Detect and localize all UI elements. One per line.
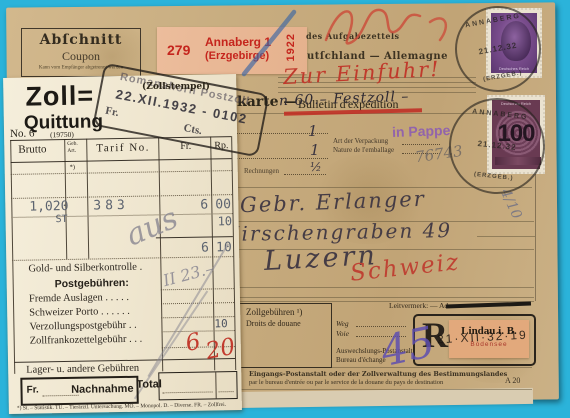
fee-lager: Lager- u. andere Gebühren <box>26 363 139 376</box>
customs-stamp-fr: Fr. <box>104 105 119 119</box>
zollgebuehren-label-de: Zollgebühren ¹) <box>246 307 302 317</box>
fee-fremde: Fremde Auslagen . . . . . <box>29 292 129 305</box>
dotted-line <box>284 174 326 175</box>
footer-form-code: A 20 <box>505 376 520 385</box>
nachnahme-box: Fr. Nachnahme <box>20 376 138 406</box>
table-vline <box>158 137 163 371</box>
postmark-date: 21.12.32 <box>451 136 543 155</box>
routing-label-number: 279 <box>167 42 190 58</box>
handwritten-count-1: 1 <box>308 122 318 140</box>
voie-label: Voie <box>336 329 349 338</box>
table-row-line <box>11 170 232 175</box>
table-vline <box>210 136 215 370</box>
footer-line-fr: par le bureau d'entrée ou par le service… <box>249 379 443 386</box>
table-vline <box>86 139 89 259</box>
nachnahme-fr: Fr. <box>26 384 38 395</box>
brutto-value: 1,020 <box>29 199 68 215</box>
geb-art-value: ST <box>55 214 67 225</box>
table-vline <box>10 140 15 374</box>
ruling-line <box>240 389 532 390</box>
red-total-fr: 6 <box>183 329 202 357</box>
verzollung-rp-value: 10 <box>214 317 227 330</box>
tarif-value: 383 <box>93 198 129 214</box>
photo-stage: Abſchnitt Coupon Kann vom Empfänger abge… <box>0 0 570 418</box>
footer-line-de: Eingangs-Postanstalt oder der Zollverwal… <box>249 370 507 378</box>
zollgebuehren-box: Zollgebühren ¹) Droits de douane <box>238 303 332 368</box>
fr-sum: 6 <box>201 240 209 255</box>
stamp-box-rule <box>477 236 535 237</box>
coupon-subtitle: Coupon <box>22 49 140 64</box>
form-code: (19750) <box>50 130 74 139</box>
col-tarif: Tarif No. <box>96 142 150 155</box>
fee-porto: Schweizer Porto . . . . . . <box>29 306 130 319</box>
rp-value-1: 00 <box>215 197 231 212</box>
ruling-line <box>236 287 534 288</box>
aufgabe-note: des Aufgabezettels <box>306 31 400 41</box>
ruling-line <box>236 297 534 298</box>
paper-underlay <box>228 388 533 408</box>
customs-stamp-cts: Cts. <box>183 122 204 137</box>
routing-label-town: Annaberg 1 <box>205 35 271 49</box>
packaging-label-de: Art der Verpackung <box>333 137 388 145</box>
coupon-title: Abſchnitt <box>22 32 140 48</box>
fee-franko: Zollfrankozettelgebühr . . . <box>30 334 143 347</box>
fee-gold: Gold- und Silberkontrolle . <box>28 262 142 275</box>
ruling-line <box>236 301 534 302</box>
routing-label-district: (Erzgebirge) <box>205 50 269 62</box>
packaging-value-literal: in Pappe <box>392 122 451 140</box>
col-geb: Geb. <box>67 141 78 147</box>
routing-label-year: 1922 <box>285 33 297 61</box>
form-title-line1: Zoll= <box>25 80 94 112</box>
leitvermerk-label: Leitvermerk: — Ad <box>389 301 448 310</box>
table-header-line <box>11 158 232 163</box>
rp-value-2: 10 <box>217 214 232 228</box>
auswechslung-label-fr: Bureau d'échange <box>336 356 386 364</box>
handwritten-count-2: 1 <box>310 141 320 159</box>
rechnungen-label: Rechnungen <box>244 167 279 175</box>
zollgebuehren-label-fr: Droits de douane <box>246 319 301 328</box>
nachnahme-label: Nachnahme <box>71 383 134 396</box>
total-box-line <box>219 391 234 392</box>
total-box-divider <box>215 372 216 398</box>
total-box-line <box>163 391 213 393</box>
col-brutto: Brutto <box>18 143 46 155</box>
packaging-value-stamp: in Pappe <box>392 122 451 140</box>
handwritten-count-3: ½ <box>310 160 322 174</box>
red-total-rp: 20 <box>204 334 238 365</box>
col-note: *) <box>70 164 76 171</box>
postmark-date: 21.12.32 <box>457 37 539 60</box>
zollstempel-caption: (Zollstempel) <box>142 82 210 92</box>
weg-label: Weg <box>336 319 349 328</box>
col-art: Art. <box>67 148 76 154</box>
total-box <box>158 371 237 400</box>
fee-verzollung: Verzollungspostgebühr . . <box>29 320 137 333</box>
packaging-label-fr: Nature de l'emballage <box>333 146 394 154</box>
fee-header: Postgebühren: <box>55 277 129 290</box>
fr-value-1: 6 <box>200 198 208 213</box>
pencil-word: aus <box>121 201 183 254</box>
form-number: No. 6 <box>10 128 35 140</box>
